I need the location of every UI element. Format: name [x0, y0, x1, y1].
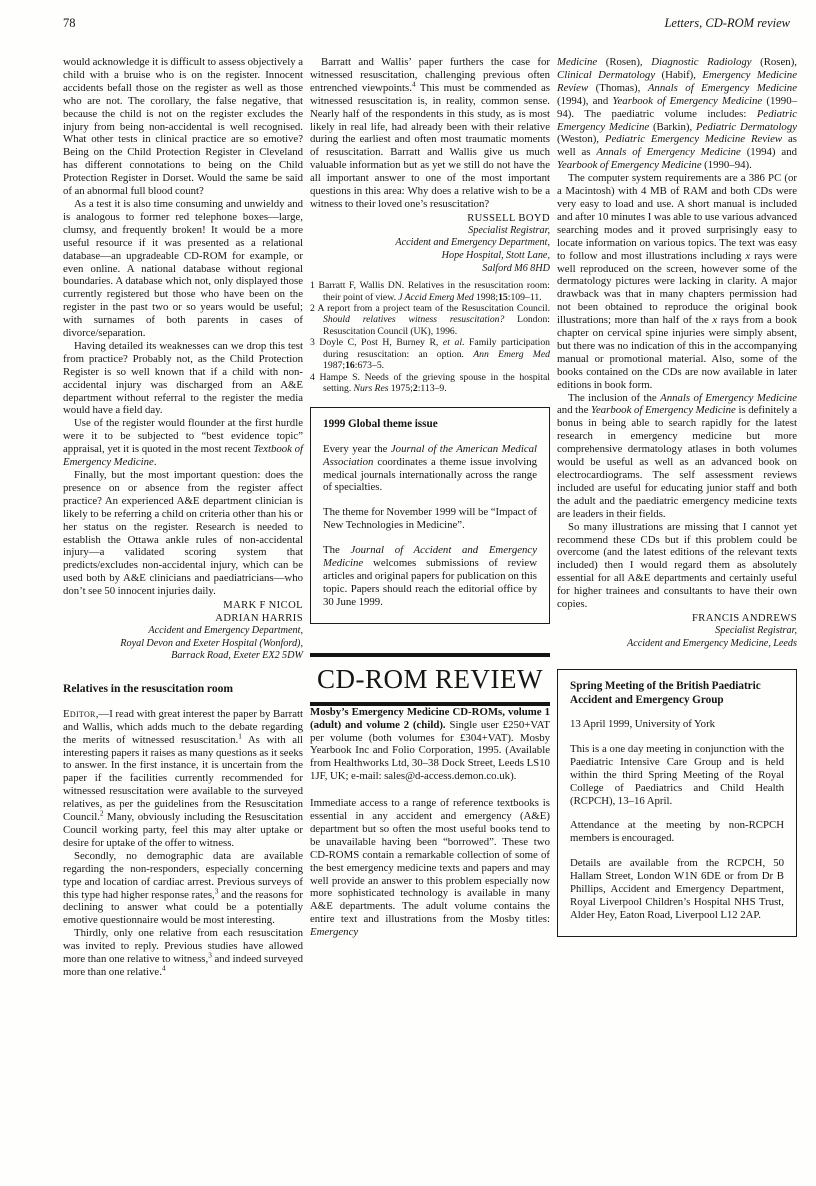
review-paragraph: The inclusion of the Annals of Emergency…: [557, 392, 797, 521]
column-2: Barratt and Wallis’ paper furthers the c…: [310, 56, 550, 979]
meeting-box-title: Spring Meeting of the British Paediatric…: [570, 680, 784, 707]
signature-names: RUSSELL BOYD: [310, 212, 550, 225]
signature-block: FRANCIS ANDREWS Specialist Registrar,Acc…: [557, 612, 797, 650]
signature-address-line: Royal Devon and Exeter Hospital (Wonford…: [63, 638, 303, 651]
letter-paragraph: As a test it is also time consuming and …: [63, 198, 303, 340]
review-body: Immediate access to a range of reference…: [310, 797, 550, 939]
theme-issue-box: 1999 Global theme issue Every year the J…: [310, 407, 550, 623]
signature-address-line: Accident and Emergency Medicine, Leeds: [557, 638, 797, 651]
cdrom-review-article: Mosby’s Emergency Medicine CD-ROMs, volu…: [310, 706, 550, 939]
letter-paragraph: Use of the register would flounder at th…: [63, 417, 303, 469]
signature-name: MARK F NICOL: [63, 599, 303, 612]
signature-names: FRANCIS ANDREWS: [557, 612, 797, 625]
reference-list: 1 Barratt F, Wallis DN. Relatives in the…: [310, 280, 550, 394]
signature-names: MARK F NICOLADRIAN HARRIS: [63, 599, 303, 625]
spring-meeting-box: Spring Meeting of the British Paediatric…: [557, 669, 797, 937]
meeting-box-paragraph: This is a one day meeting in conjunction…: [570, 743, 784, 808]
letter-paragraph: Thirdly, only one relative from each res…: [63, 927, 303, 979]
review-paragraph: So many illustrations are missing that I…: [557, 521, 797, 611]
review-citation: Mosby’s Emergency Medicine CD-ROMs, volu…: [310, 706, 550, 783]
letter-body: would acknowledge it is difficult to ass…: [63, 56, 303, 598]
reference-item: 2 A report from a project team of the Re…: [310, 303, 550, 337]
column-1: would acknowledge it is difficult to ass…: [63, 56, 303, 979]
reference-item: 3 Doyle C, Post H, Burney R, et al. Fami…: [310, 337, 550, 371]
meeting-box-paragraph: Details are available from the RCPCH, 50…: [570, 857, 784, 922]
signature-name: ADRIAN HARRIS: [63, 612, 303, 625]
letter-paragraph: Finally, but the most important question…: [63, 469, 303, 598]
signature-address-line: Barrack Road, Exeter EX2 5DW: [63, 650, 303, 663]
letter-paragraph: Secondly, no demographic data are availa…: [63, 850, 303, 927]
review-body: Medicine (Rosen), Diagnostic Radiology (…: [557, 56, 797, 611]
theme-box-paragraph: Every year the Journal of the American M…: [323, 443, 537, 495]
signature-address-line: Salford M6 8HD: [310, 263, 550, 276]
cdrom-review-article-continued: Medicine (Rosen), Diagnostic Radiology (…: [557, 56, 797, 650]
signature-block: RUSSELL BOYD Specialist Registrar,Accide…: [310, 212, 550, 275]
signature-address-line: Hope Hospital, Stott Lane,: [310, 250, 550, 263]
letter-body: Editor,—I read with great interest the p…: [63, 708, 303, 979]
reference-item: 4 Hampe S. Needs of the grieving spouse …: [310, 372, 550, 395]
signature-address-line: Accident and Emergency Department,: [310, 237, 550, 250]
running-head: 78 Letters, CD-ROM review: [63, 16, 790, 30]
signature-name: RUSSELL BOYD: [310, 212, 550, 225]
meeting-box-body: 13 April 1999, University of YorkThis is…: [570, 718, 784, 922]
section-title: CD-ROM REVIEW: [310, 664, 550, 694]
letter-paragraph: Barratt and Wallis’ paper furthers the c…: [310, 56, 550, 211]
signature-address: Specialist Registrar,Accident and Emerge…: [310, 225, 550, 275]
letter-paragraph: Having detailed its weaknesses can we dr…: [63, 340, 303, 417]
letter-paragraph: would acknowledge it is difficult to ass…: [63, 56, 303, 198]
letter-relatives-resuscitation: Relatives in the resuscitation room Edit…: [63, 682, 303, 979]
column-3: Medicine (Rosen), Diagnostic Radiology (…: [557, 56, 797, 979]
signature-block: MARK F NICOLADRIAN HARRIS Accident and E…: [63, 599, 303, 663]
banner-rule-top: [310, 653, 550, 657]
review-paragraph: The computer system requirements are a 3…: [557, 172, 797, 391]
meeting-box-paragraph: Attendance at the meeting by non-RCPCH m…: [570, 819, 784, 845]
cdrom-review-banner: CD-ROM REVIEW: [310, 653, 550, 706]
letter-paragraph: Editor,—I read with great interest the p…: [63, 708, 303, 850]
journal-page: 78 Letters, CD-ROM review would acknowle…: [0, 0, 816, 1186]
signature-address-line: Accident and Emergency Department,: [63, 625, 303, 638]
theme-box-body: Every year the Journal of the American M…: [323, 443, 537, 609]
page-columns: would acknowledge it is difficult to ass…: [63, 56, 790, 979]
signature-address: Accident and Emergency Department,Royal …: [63, 625, 303, 663]
signature-address-line: Specialist Registrar,: [557, 625, 797, 638]
review-paragraph: Medicine (Rosen), Diagnostic Radiology (…: [557, 56, 797, 172]
letter-relatives-resuscitation-continued: Barratt and Wallis’ paper furthers the c…: [310, 56, 550, 394]
theme-box-paragraph: The Journal of Accident and Emergency Me…: [323, 544, 537, 609]
reference-item: 1 Barratt F, Wallis DN. Relatives in the…: [310, 280, 550, 303]
signature-name: FRANCIS ANDREWS: [557, 612, 797, 625]
signature-address: Specialist Registrar,Accident and Emerge…: [557, 625, 797, 650]
letter-heading: Relatives in the resuscitation room: [63, 682, 303, 695]
running-title: Letters, CD-ROM review: [664, 16, 790, 30]
signature-address-line: Specialist Registrar,: [310, 225, 550, 238]
theme-box-title: 1999 Global theme issue: [323, 418, 537, 431]
letter-body: Barratt and Wallis’ paper furthers the c…: [310, 56, 550, 211]
review-paragraph: Immediate access to a range of reference…: [310, 797, 550, 939]
theme-box-paragraph: The theme for November 1999 will be “Imp…: [323, 506, 537, 532]
letter-child-protection-continued: would acknowledge it is difficult to ass…: [63, 56, 303, 663]
page-number: 78: [63, 16, 76, 30]
meeting-box-paragraph: 13 April 1999, University of York: [570, 718, 784, 731]
